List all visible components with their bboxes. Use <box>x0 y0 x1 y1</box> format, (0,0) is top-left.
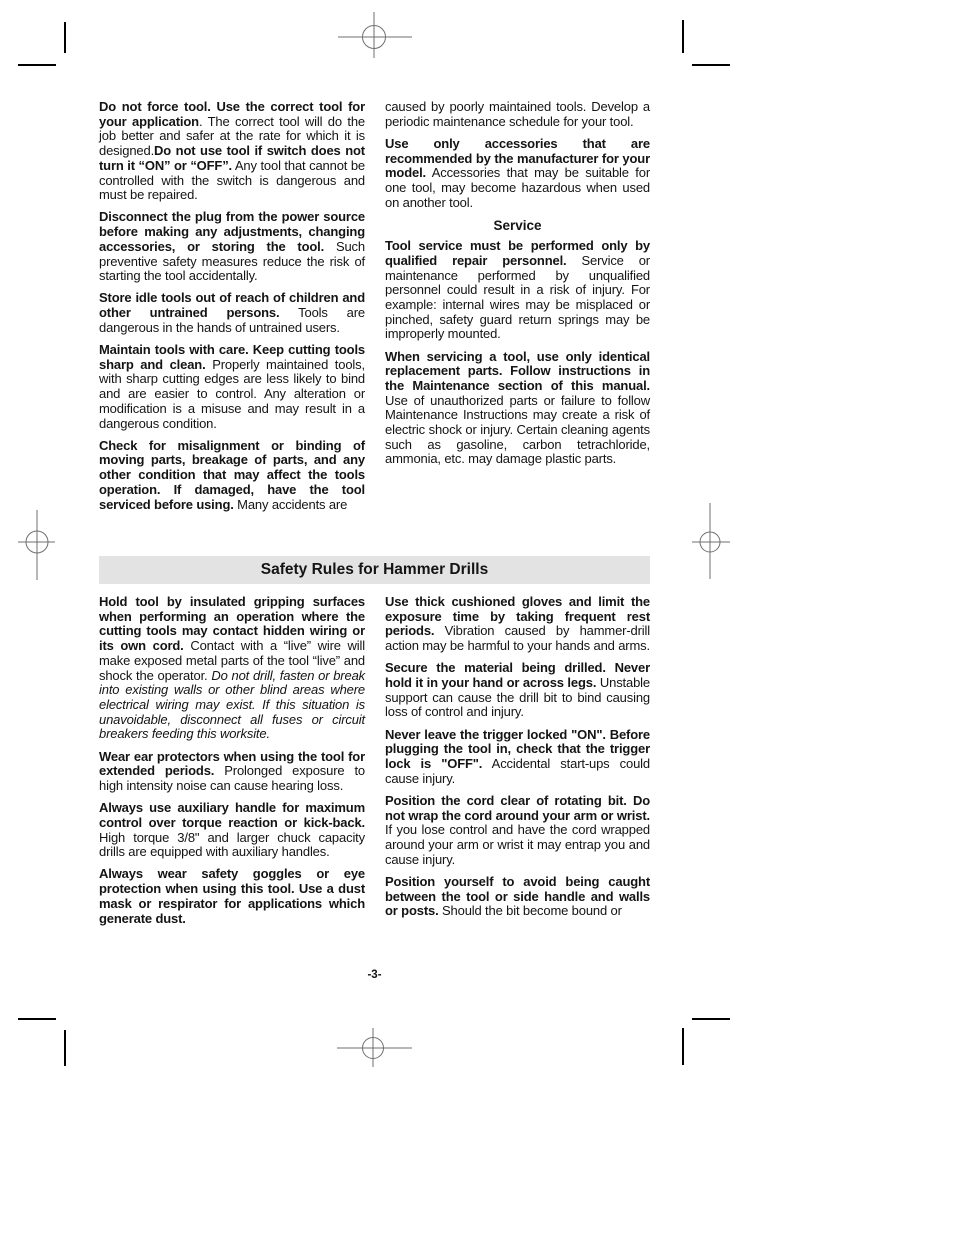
paragraph: caused by poorly maintained tools. Devel… <box>385 100 650 129</box>
manual-page: { "page": { "number": "-3-", "background… <box>0 0 954 1235</box>
text-segment: Use of unauthorized parts or failure to … <box>385 393 650 467</box>
text-segment: Always wear safety goggles or eye protec… <box>99 866 365 925</box>
section-title-bar: Safety Rules for Hammer Drills <box>99 556 650 584</box>
paragraph: Use thick cushioned gloves and limit the… <box>385 595 650 654</box>
section-title: Safety Rules for Hammer Drills <box>261 561 488 579</box>
registration-mark-icon <box>334 0 414 74</box>
text-segment: If you lose control and have the cord wr… <box>385 822 650 866</box>
general-safety-left-column: Do not force tool. Use the correct tool … <box>99 100 365 520</box>
hammer-rules-right-column: Use thick cushioned gloves and limit the… <box>385 595 650 927</box>
paragraph: Do not force tool. Use the correct tool … <box>99 100 365 203</box>
paragraph: Wear ear protectors when using the tool … <box>99 750 365 794</box>
crop-mark-top-left-horizontal <box>18 64 56 66</box>
crop-mark-bottom-right-vertical <box>682 1028 684 1065</box>
paragraph: Disconnect the plug from the power sourc… <box>99 210 365 284</box>
registration-mark-icon <box>0 502 76 582</box>
crop-mark-bottom-right-horizontal <box>692 1018 730 1020</box>
registration-mark-icon <box>333 1008 413 1088</box>
text-segment: Should the bit become bound or <box>439 903 622 918</box>
hammer-rules-left-column: Hold tool by insulated gripping surfaces… <box>99 595 365 934</box>
general-safety-right-column: caused by poorly maintained tools. Devel… <box>385 100 650 475</box>
text-segment: Always use auxiliary handle for maximum … <box>99 800 365 830</box>
paragraph: Position the cord clear of rotating bit.… <box>385 794 650 868</box>
paragraph: Secure the material being drilled. Never… <box>385 661 650 720</box>
crop-mark-top-left-vertical <box>64 22 66 53</box>
paragraph: Check for misalignment or binding of mov… <box>99 439 365 513</box>
crop-mark-bottom-left-vertical <box>64 1030 66 1066</box>
right-column-top-paragraphs: caused by poorly maintained tools. Devel… <box>385 100 650 210</box>
paragraph: Always use auxiliary handle for maximum … <box>99 801 365 860</box>
service-heading: Service <box>385 219 650 234</box>
paragraph: Store idle tools out of reach of childre… <box>99 291 365 335</box>
paragraph: Always wear safety goggles or eye protec… <box>99 867 365 926</box>
service-paragraphs: Tool service must be performed only by q… <box>385 239 650 467</box>
crop-mark-top-right-vertical <box>682 20 684 53</box>
text-segment: Many accidents are <box>234 497 347 512</box>
crop-mark-top-right-horizontal <box>692 64 730 66</box>
paragraph: When servicing a tool, use only identica… <box>385 350 650 468</box>
text-segment: caused by poorly maintained tools. Devel… <box>385 99 650 129</box>
page-number: -3- <box>99 969 650 981</box>
text-segment: High torque 3/8" and larger chuck capaci… <box>99 830 365 860</box>
crop-mark-bottom-left-horizontal <box>18 1018 56 1020</box>
text-segment: When servicing a tool, use only identica… <box>385 349 650 393</box>
paragraph: Tool service must be performed only by q… <box>385 239 650 342</box>
paragraph: Hold tool by insulated gripping surfaces… <box>99 595 365 742</box>
text-segment: Position the cord clear of rotating bit.… <box>385 793 650 823</box>
paragraph: Position yourself to avoid being caught … <box>385 875 650 919</box>
paragraph: Maintain tools with care. Keep cutting t… <box>99 343 365 431</box>
paragraph: Never leave the trigger locked "ON". Bef… <box>385 728 650 787</box>
registration-mark-icon <box>670 502 750 582</box>
paragraph: Use only accessories that are recommende… <box>385 137 650 211</box>
